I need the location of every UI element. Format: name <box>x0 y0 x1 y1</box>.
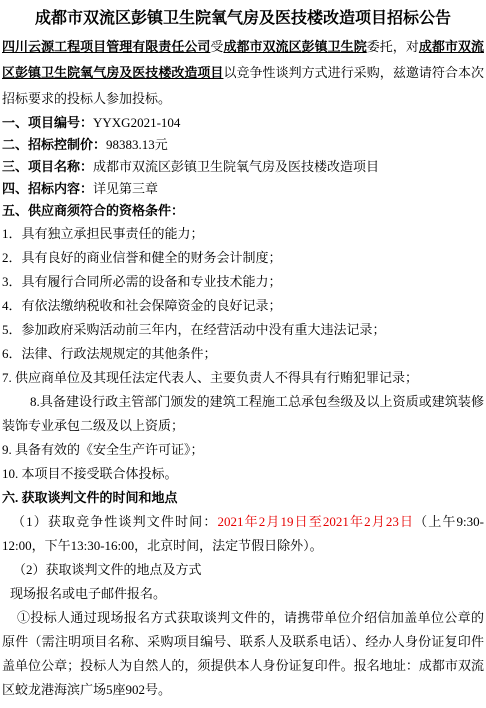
tender-announcement-document: 成都市双流区彭镇卫生院氧气房及医技楼改造项目招标公告 四川云源工程项目管理有限责… <box>0 0 486 708</box>
section-document-obtain-heading: 六. 获取谈判文件的时间和地点 <box>2 486 484 510</box>
purchaser-name: 成都市双流区彭镇卫生院 <box>223 39 366 54</box>
section-project-number-label: 一、项目编号： <box>2 115 93 130</box>
section-qualification-heading: 五、供应商须符合的资格条件： <box>2 200 484 222</box>
qualification-item-10: 10. 本项目不接受联合体投标。 <box>2 462 484 486</box>
intro-paragraph: 四川云源工程项目管理有限责任公司受成都市双流区彭镇卫生院委托，对成都市双流区彭镇… <box>2 34 484 112</box>
obtain-time-label: （1）获取竞争性谈判文件时间： <box>12 514 217 529</box>
section-project-name: 三、项目名称：成都市双流区彭镇卫生院氧气房及医技楼改造项目 <box>2 156 484 178</box>
intro-text-conj1: 受 <box>210 39 223 54</box>
project-number-value: YYXG2021-104 <box>93 115 180 130</box>
obtain-place-line: （2）获取谈判文件的地点及方式 <box>2 558 484 582</box>
obtain-method-line: 现场报名或电子邮件报名。 <box>2 582 484 606</box>
qualification-item-1: 1．具有独立承担民事责任的能力； <box>2 222 484 246</box>
section-tender-content-label: 四、招标内容： <box>2 181 93 196</box>
qualification-item-9: 9. 具备有效的《安全生产许可证》； <box>2 438 484 462</box>
qualification-item-2: 2．具有良好的商业信誉和健全的财务会计制度； <box>2 246 484 270</box>
section-control-price: 二、招标控制价：98383.13元 <box>2 134 484 156</box>
registration-note-paragraph: ①投标人通过现场报名方式获取谈判文件的，请携带单位介绍信加盖单位公章的原件（需注… <box>2 606 484 702</box>
qualification-item-3: 3．具有履行合同所必需的设备和专业技术能力； <box>2 270 484 294</box>
section-project-name-label: 三、项目名称： <box>2 159 93 174</box>
page-title: 成都市双流区彭镇卫生院氧气房及医技楼改造项目招标公告 <box>2 0 484 34</box>
qualification-item-8: 8.具备建设行政主管部门颁发的建筑工程施工总承包叁级及以上资质或建筑装修装饰专业… <box>2 390 484 438</box>
section-project-number: 一、项目编号：YYXG2021-104 <box>2 112 484 134</box>
control-price-value: 98383.13元 <box>106 137 168 152</box>
intro-text-conj2: 委托，对 <box>367 39 419 54</box>
section-control-price-label: 二、招标控制价： <box>2 137 106 152</box>
qualification-item-5: 5．参加政府采购活动前三年内，在经营活动中没有重大违法记录； <box>2 318 484 342</box>
obtain-time-paragraph: （1）获取竞争性谈判文件时间：2021年2月19日至2021年2月23日（上午9… <box>2 510 484 558</box>
project-name-value: 成都市双流区彭镇卫生院氧气房及医技楼改造项目 <box>93 159 379 174</box>
obtain-time-dates-highlight: 2021年2月19日至2021年2月23日 <box>217 514 414 529</box>
qualification-item-7: 7. 供应商单位及其现任法定代表人、主要负责人不得具有行贿犯罪记录； <box>2 366 484 390</box>
tender-content-value: 详见第三章 <box>93 181 158 196</box>
qualification-item-4: 4．有依法缴纳税收和社会保障资金的良好记录； <box>2 294 484 318</box>
qualification-item-6: 6．法律、行政法规规定的其他条件； <box>2 342 484 366</box>
agent-company-name: 四川云源工程项目管理有限责任公司 <box>2 39 210 54</box>
section-tender-content: 四、招标内容：详见第三章 <box>2 178 484 200</box>
